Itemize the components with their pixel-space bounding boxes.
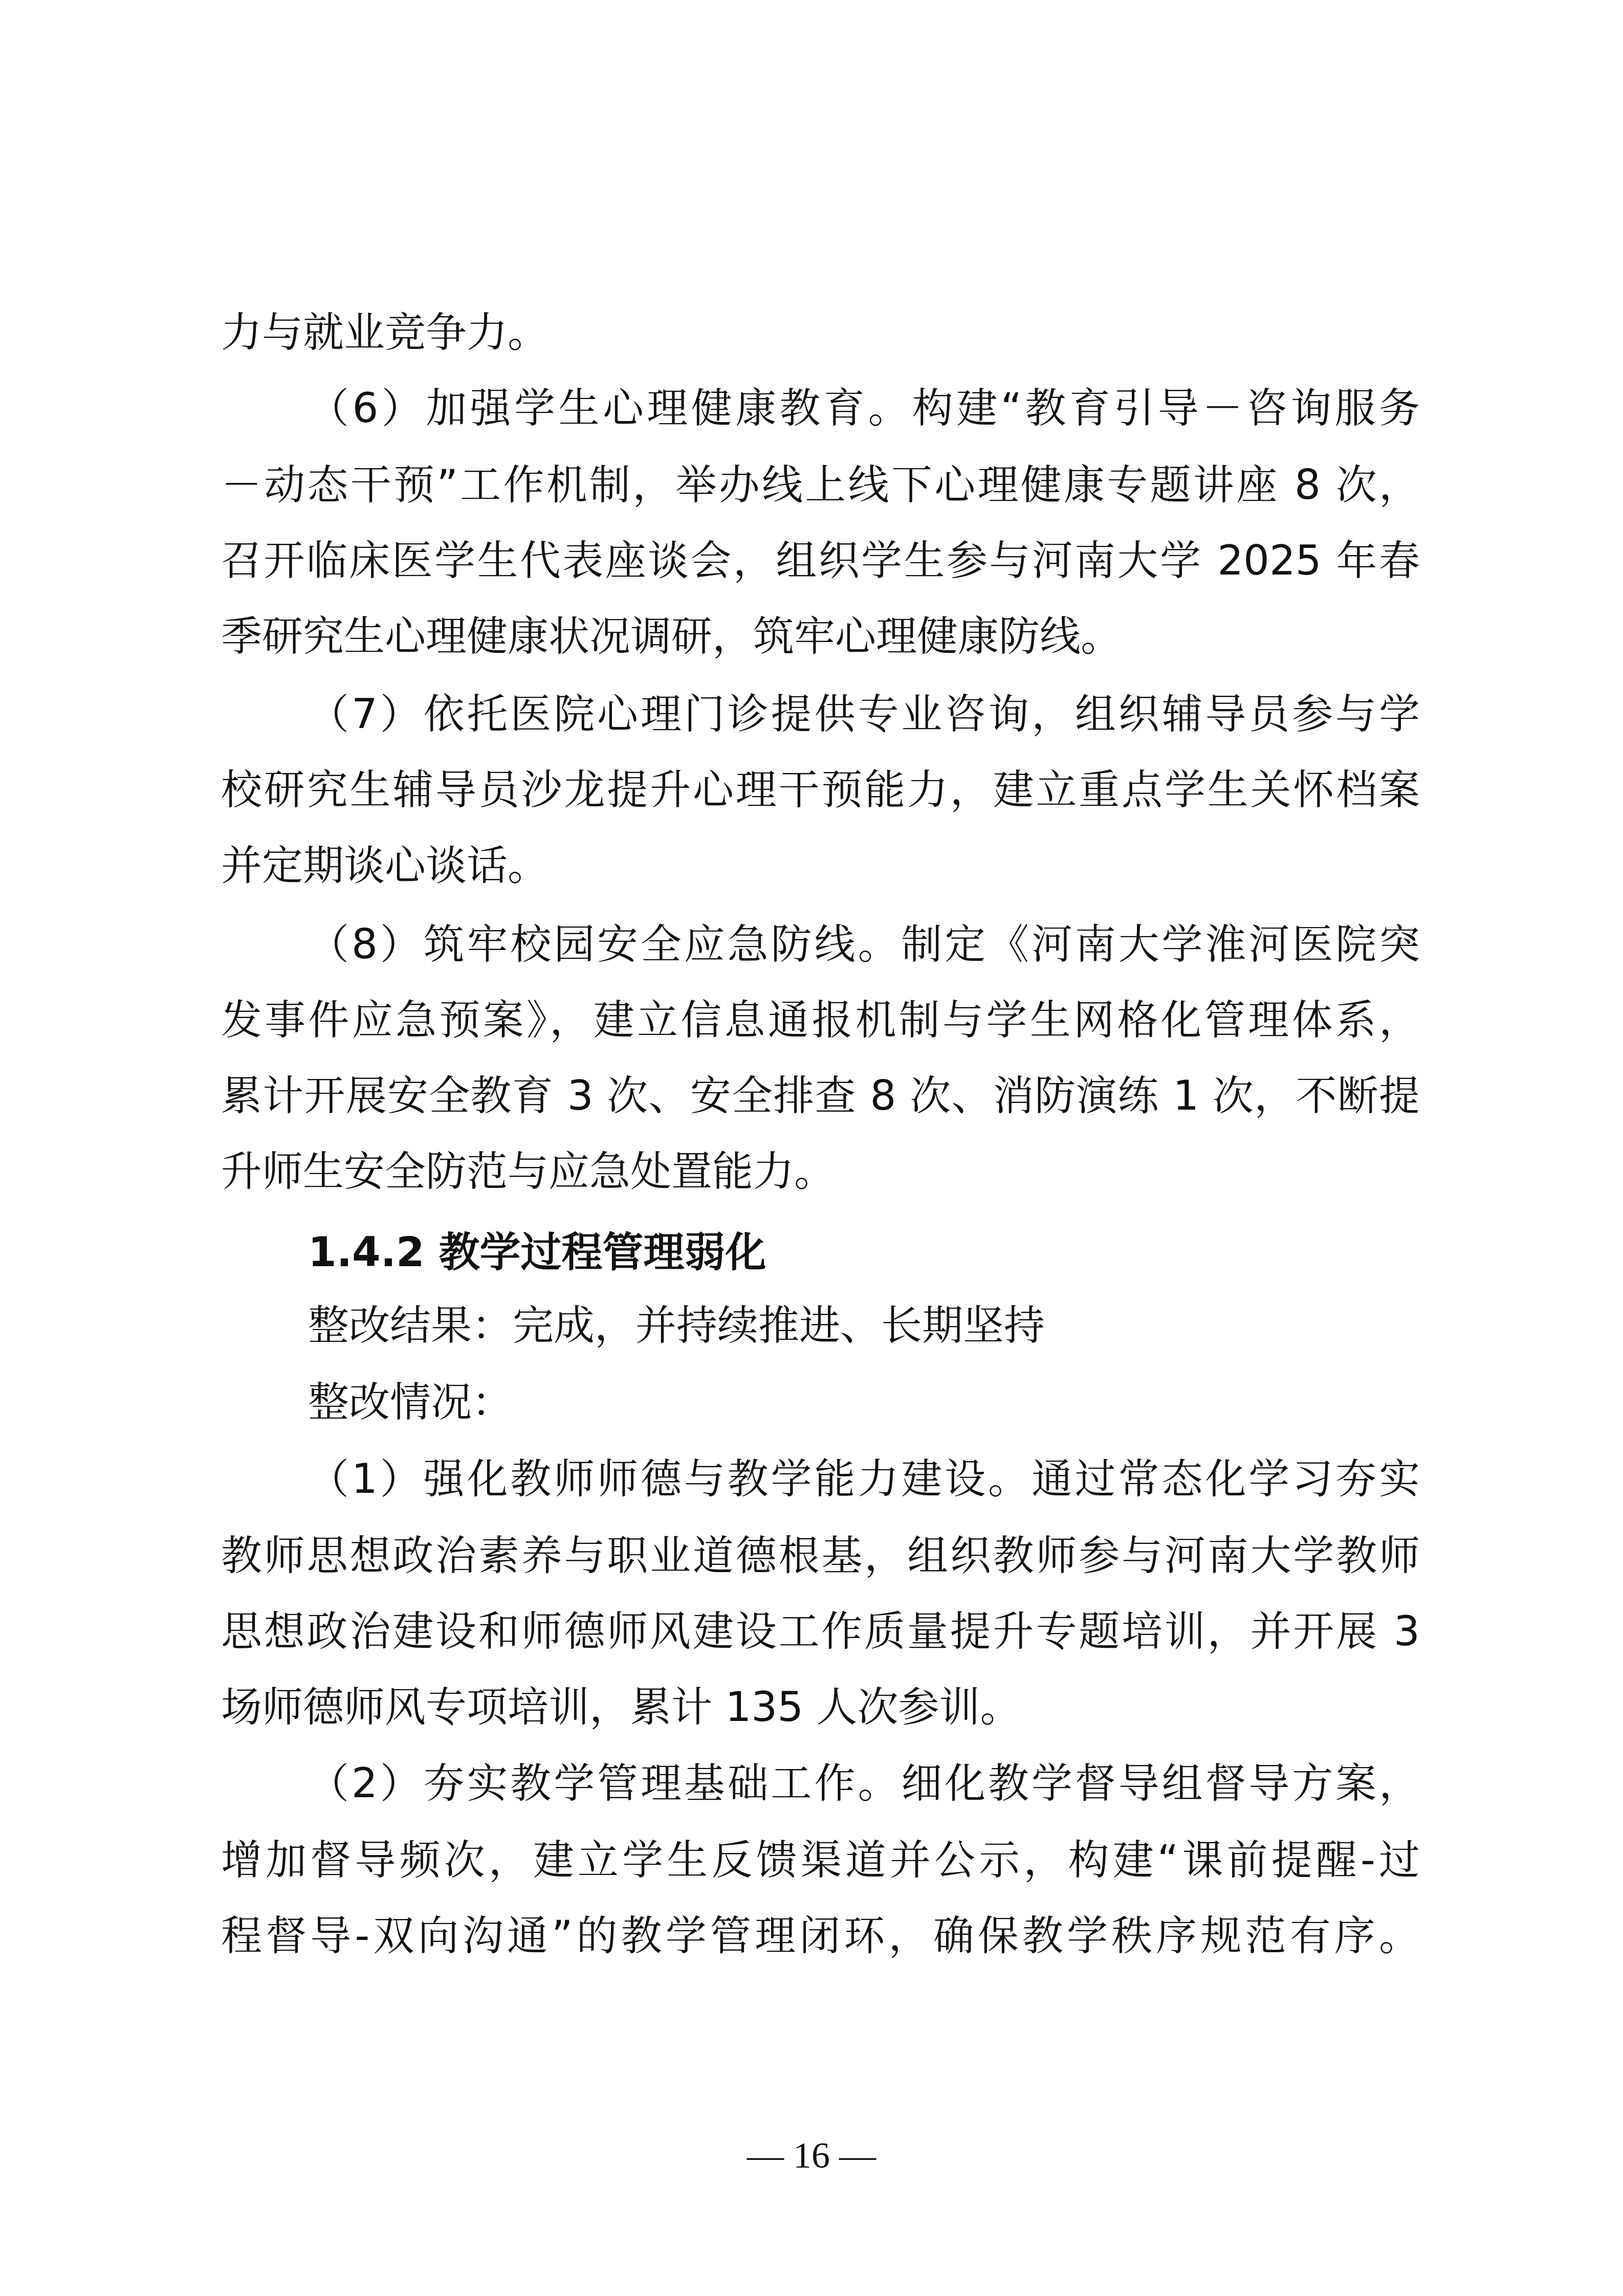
paragraph-8-line-4: 升师生安全防范与应急处置能力。 — [221, 1146, 1420, 1197]
item-1-line-2: 教师思想政治素养与职业道德根基，组织教师参与河南大学教师 — [221, 1530, 1420, 1581]
paragraph-8-line-3: 累计开展安全教育 3 次、安全排查 8 次、消防演练 1 次，不断提 — [221, 1070, 1420, 1121]
paragraph-6-line-4: 季研究生心理健康状况调研，筑牢心理健康防线。 — [221, 611, 1420, 662]
paragraph-6-line-3: 召开临床医学生代表座谈会，组织学生参与河南大学 2025 年春 — [221, 535, 1420, 586]
section-heading-1-4-2: 1.4.2 教学过程管理弱化 — [308, 1227, 1420, 1278]
item-1-line-4: 场师德师风专项培训，累计 135 人次参训。 — [221, 1682, 1420, 1733]
rectification-result: 整改结果：完成，并持续推进、长期坚持 — [308, 1300, 1420, 1351]
paragraph-7-line-1: （7）依托医院心理门诊提供专业咨询，组织辅导员参与学 — [308, 689, 1420, 740]
item-2-line-2: 增加督导频次，建立学生反馈渠道并公示，构建“课前提醒-过 — [221, 1835, 1420, 1886]
paragraph-8-line-2: 发事件应急预案》，建立信息通报机制与学生网格化管理体系， — [221, 995, 1420, 1046]
page-number: — 16 — — [0, 2132, 1623, 2178]
document-page: 力与就业竞争力。 （6）加强学生心理健康教育。构建“教育引导－咨询服务 －动态干… — [0, 0, 1623, 2296]
item-1-line-3: 思想政治建设和师德师风建设工作质量提升专题培训，并开展 3 — [221, 1606, 1420, 1657]
paragraph-7-line-2: 校研究生辅导员沙龙提升心理干预能力，建立重点学生关怀档案 — [221, 764, 1420, 815]
paragraph-7-line-3: 并定期谈心谈话。 — [221, 840, 1420, 891]
item-1-line-1: （1）强化教师师德与教学能力建设。通过常态化学习夯实 — [308, 1453, 1420, 1505]
rectification-status-label: 整改情况： — [308, 1377, 1420, 1428]
item-2-line-3: 程督导-双向沟通”的教学管理闭环，确保教学秩序规范有序。 — [221, 1910, 1420, 1961]
item-2-line-1: （2）夯实教学管理基础工作。细化教学督导组督导方案， — [308, 1758, 1420, 1809]
paragraph-8-line-1: （8）筑牢校园安全应急防线。制定《河南大学淮河医院突 — [308, 919, 1420, 970]
paragraph-6-line-2: －动态干预”工作机制，举办线上线下心理健康专题讲座 8 次， — [221, 459, 1420, 511]
paragraph-6-line-1: （6）加强学生心理健康教育。构建“教育引导－咨询服务 — [308, 383, 1420, 434]
paragraph-5-tail: 力与就业竞争力。 — [221, 307, 1420, 358]
